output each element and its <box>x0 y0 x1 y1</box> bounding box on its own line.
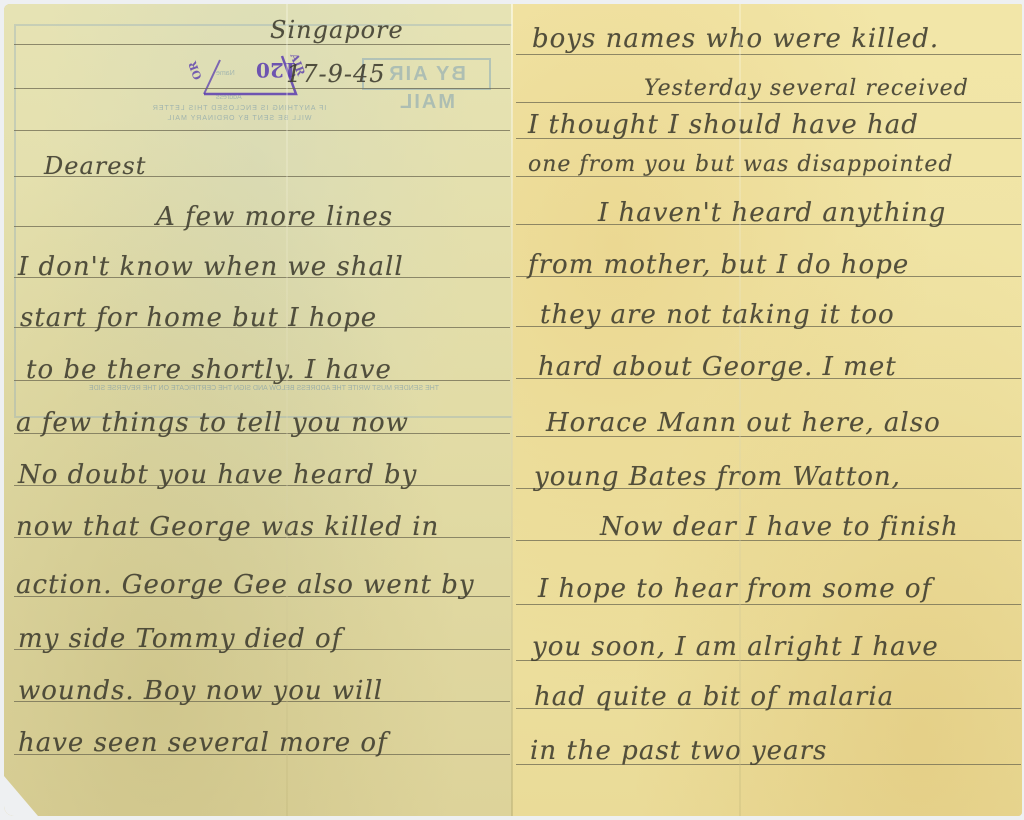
letter-line: hard about George. I met <box>538 352 897 382</box>
ruled-line <box>14 88 510 89</box>
letter-line: I hope to hear from some of <box>538 574 932 604</box>
ruled-line <box>14 130 510 131</box>
printed-note-line-2: WILL BE SENT BY ORDINARY MAIL <box>124 114 354 124</box>
letter-line: a few things to tell you now <box>16 408 409 438</box>
ruled-line <box>516 102 1021 103</box>
printed-enclosure-note: IF ANYTHING IS ENCLOSED THIS LETTER WILL… <box>124 104 354 124</box>
letter-date: 17-9-45 <box>286 60 386 88</box>
letter-line: had quite a bit of malaria <box>534 682 894 712</box>
left-page: BY AIR MAIL IF ANYTHING IS ENCLOSED THIS… <box>4 4 512 816</box>
torn-corner <box>4 776 38 816</box>
letter-line: Horace Mann out here, also <box>546 408 941 438</box>
fold-crease <box>286 4 288 816</box>
letter-line: to be there shortly. I have <box>26 355 392 385</box>
fold-crease <box>739 4 741 816</box>
ruled-line <box>516 54 1021 55</box>
letter-line: I haven't heard anything <box>598 198 946 228</box>
letter-line: A few more lines <box>156 202 393 232</box>
letter-line: have seen several more of <box>18 728 388 758</box>
letter-salutation: Dearest <box>44 152 146 180</box>
letter-line: I don't know when we shall <box>18 252 404 282</box>
letter-line: they are not taking it too <box>540 300 895 330</box>
printed-footer-note: THE SENDER MUST WRITE THE ADDRESS BELOW … <box>24 384 504 393</box>
letter-line: wounds. Boy now you will <box>18 676 383 706</box>
letter-line: in the past two years <box>530 736 827 766</box>
letter-line: I thought I should have had <box>528 110 919 140</box>
letter-line: now that George was killed in <box>16 512 439 542</box>
letter-line: boys names who were killed. <box>532 24 939 54</box>
letter-line: Now dear I have to finish <box>600 512 959 542</box>
letter-line: my side Tommy died of <box>18 624 342 654</box>
center-fold <box>511 4 513 816</box>
letter-line: No doubt you have heard by <box>18 460 417 490</box>
letter-line: you soon, I am alright I have <box>532 632 939 662</box>
letter-line: young Bates from Watton, <box>534 462 901 492</box>
letter-line: from mother, but I do hope <box>528 250 909 280</box>
letter-location: Singapore <box>270 16 404 44</box>
letter-line: action. George Gee also went by <box>16 570 475 600</box>
ruled-line <box>14 44 510 45</box>
letter-line: Yesterday several received <box>644 76 969 101</box>
letter-sheet: BY AIR MAIL IF ANYTHING IS ENCLOSED THIS… <box>4 4 1022 816</box>
printed-note-line-1: IF ANYTHING IS ENCLOSED THIS LETTER <box>124 104 354 114</box>
letter-line: start for home but I hope <box>20 303 377 333</box>
ruled-line <box>516 604 1021 605</box>
